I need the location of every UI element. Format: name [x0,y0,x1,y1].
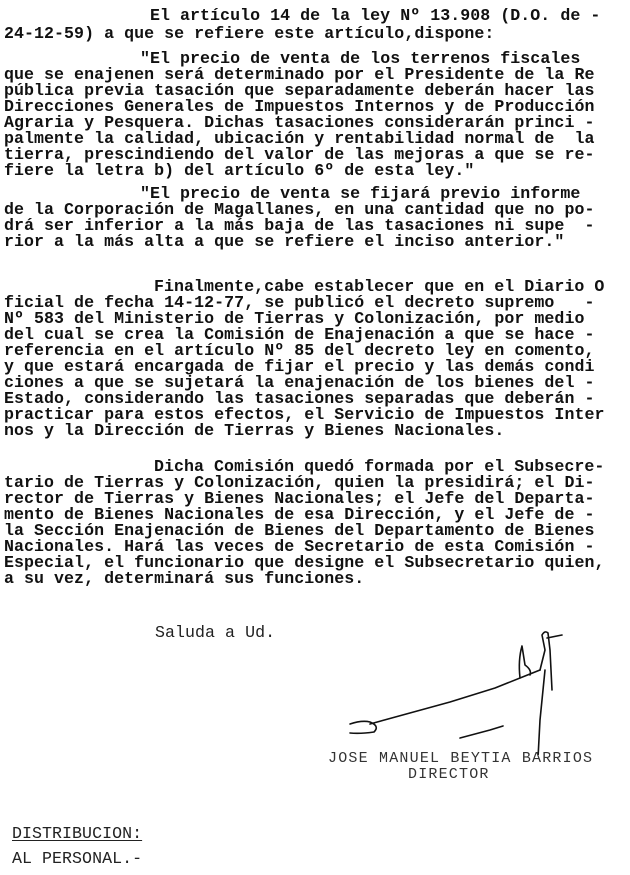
finalmente-line: nos y la Dirección de Tierras y Bienes N… [4,423,504,439]
intro-line-2: 24-12-59) a que se refiere este artículo… [4,26,494,42]
document-page: El artículo 14 de la ley Nº 13.908 (D.O.… [0,0,630,875]
paragraph-finalmente: Finalmente,cabe establecer que en el Dia… [4,279,44,471]
quote-2: "El precio de venta se fijará previo inf… [4,186,44,282]
distribution-recipient: AL PERSONAL.- [12,851,142,867]
quote-1-line: fiere la letra b) del artículo 6º de est… [4,163,474,179]
signatory-name: JOSE MANUEL BEYTIA BARRIOS [328,750,593,767]
quote-2-line: rior a la más alta a que se refiere el i… [4,234,564,250]
signature-icon [340,630,570,755]
paragraph-comision: Dicha Comisión quedó formada por el Subs… [4,459,44,619]
comision-line: a su vez, determinará sus funciones. [4,571,364,587]
signatory-title: DIRECTOR [408,766,490,783]
distribution-heading: DISTRIBUCION: [12,826,142,842]
closing-salutation: Saluda a Ud. [155,625,275,641]
intro-line-1: El artículo 14 de la ley Nº 13.908 (D.O.… [150,8,600,24]
